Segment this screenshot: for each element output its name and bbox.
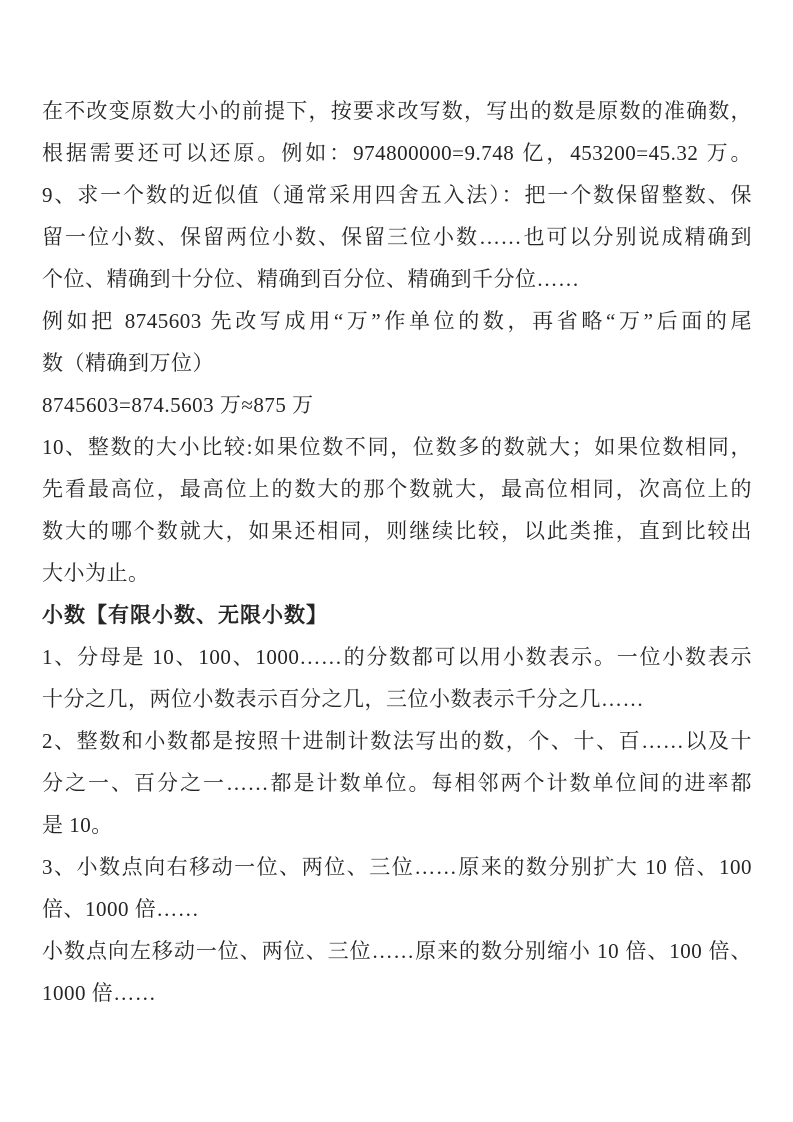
text-line: 例如把 8745603 先改写成用“万”作单位的数，再省略“万”后面的尾 (42, 300, 752, 342)
text-line: 倍、1000 倍…… (42, 888, 752, 930)
text-line: 个位、精确到十分位、精确到百分位、精确到千分位…… (42, 258, 752, 300)
text-line: 3、小数点向右移动一位、两位、三位……原来的数分别扩大 10 倍、100 (42, 846, 752, 888)
text-line: 大小为止。 (42, 552, 752, 594)
text-line: 8745603=874.5603 万≈875 万 (42, 384, 752, 426)
text-line: 1、分母是 10、100、1000……的分数都可以用小数表示。一位小数表示 (42, 636, 752, 678)
text-line: 9、求一个数的近似值（通常采用四舍五入法）：把一个数保留整数、保 (42, 174, 752, 216)
text-line: 先看最高位，最高位上的数大的那个数就大，最高位相同，次高位上的 (42, 468, 752, 510)
text-line: 十分之几，两位小数表示百分之几，三位小数表示千分之几…… (42, 678, 752, 720)
text-line: 10、整数的大小比较:如果位数不同，位数多的数就大；如果位数相同， (42, 426, 752, 468)
text-line: 2、整数和小数都是按照十进制计数法写出的数，个、十、百……以及十 (42, 720, 752, 762)
text-line: 1000 倍…… (42, 972, 752, 1014)
text-line: 根据需要还可以还原。例如：974800000=9.748 亿，453200=45… (42, 132, 752, 174)
text-line: 数（精确到万位） (42, 342, 752, 384)
text-line: 数大的哪个数就大，如果还相同，则继续比较，以此类推，直到比较出 (42, 510, 752, 552)
text-line: 分之一、百分之一……都是计数单位。每相邻两个计数单位间的进率都 (42, 762, 752, 804)
document-page: 在不改变原数大小的前提下，按要求改写数，写出的数是原数的准确数， 根据需要还可以… (0, 0, 793, 1122)
section-heading: 小数【有限小数、无限小数】 (42, 594, 752, 636)
text-line: 小数点向左移动一位、两位、三位……原来的数分别缩小 10 倍、100 倍、 (42, 930, 752, 972)
text-line: 在不改变原数大小的前提下，按要求改写数，写出的数是原数的准确数， (42, 90, 752, 132)
text-line: 是 10。 (42, 804, 752, 846)
text-line: 留一位小数、保留两位小数、保留三位小数……也可以分别说成精确到 (42, 216, 752, 258)
